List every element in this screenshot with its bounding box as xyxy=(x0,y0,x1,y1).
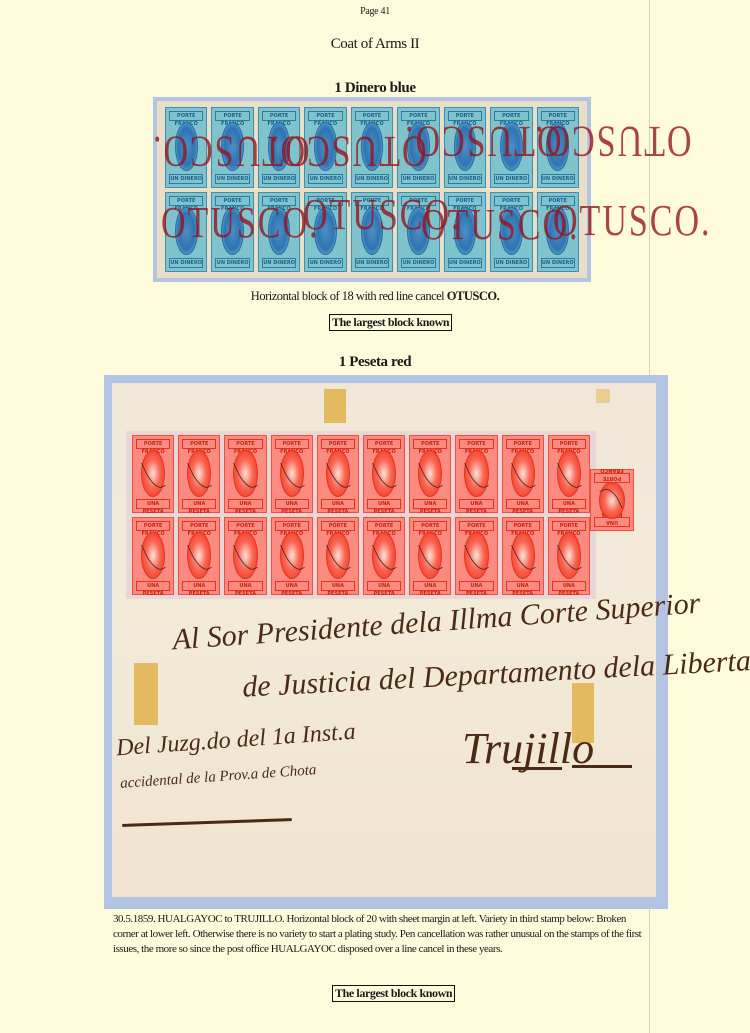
stamp-header: PORTE FRANCO xyxy=(215,196,249,206)
stamp-header: PORTE FRANCO xyxy=(275,521,309,531)
peseta-stamp: PORTE FRANCOUNA PESETA xyxy=(363,517,405,595)
stamp-header: PORTE FRANCO xyxy=(215,111,249,121)
peseta-stamp: PORTE FRANCOUNA PESETA xyxy=(178,517,220,595)
stamp-footer: UN DINERO xyxy=(169,258,203,268)
dinero-stamp: PORTE FRANCOUN DINERO xyxy=(165,107,207,188)
stamp-footer: UNA PESETA xyxy=(459,499,493,509)
stamp-header: PORTE FRANCO xyxy=(541,196,575,206)
coat-of-arms-icon xyxy=(454,207,477,256)
stamp-header: PORTE FRANCO xyxy=(136,521,170,531)
stamp-footer: UNA PESETA xyxy=(413,581,447,591)
stamp-footer: UN DINERO xyxy=(448,258,482,268)
stamp-footer: UN DINERO xyxy=(494,258,528,268)
stamp-footer: UNA PESETA xyxy=(506,499,540,509)
stamp-header: PORTE FRANCO xyxy=(413,521,447,531)
stamp-footer: UNA PESETA xyxy=(321,499,355,509)
peseta-stamp: PORTE FRANCOUNA PESETA xyxy=(548,517,590,595)
section-heading-dinero: 1 Dinero blue xyxy=(250,80,500,97)
coat-of-arms-icon xyxy=(546,207,569,256)
peseta-stamp: PORTE FRANCOUNA PESETA xyxy=(132,517,174,595)
peseta-stamp: PORTE FRANCOUNA PESETA xyxy=(455,435,497,513)
stamp-header: PORTE FRANCO xyxy=(448,196,482,206)
stamp-header: PORTE FRANCO xyxy=(367,521,401,531)
stamp-header: PORTE FRANCO xyxy=(308,196,342,206)
stamp-footer: UNA PESETA xyxy=(182,581,216,591)
peseta-stamp: PORTE FRANCOUNA PESETA xyxy=(409,517,451,595)
coat-of-arms-icon xyxy=(407,207,430,256)
stamp-footer: UNA PESETA xyxy=(459,581,493,591)
stamp-header: PORTE FRANCO xyxy=(541,111,575,121)
sender-line-2: accidental de la Prov.a de Chota xyxy=(120,762,317,793)
peseta-stamp: PORTE FRANCOUNA PESETA xyxy=(224,435,266,513)
caption-text: Horizontal block of 18 with red line can… xyxy=(251,289,447,303)
stamp-footer: UNA PESETA xyxy=(136,581,170,591)
dinero-stamp: PORTE FRANCOUN DINERO xyxy=(397,192,439,273)
coat-of-arms-icon xyxy=(221,207,244,256)
stamp-footer: UN DINERO xyxy=(262,174,296,184)
stamp-header: PORTE FRANCO xyxy=(459,521,493,531)
peseta-stamp: PORTE FRANCOUNA PESETA xyxy=(502,435,544,513)
stamp-header: PORTE FRANCO xyxy=(321,439,355,449)
section-heading-peseta: 1 Peseta red xyxy=(250,354,500,371)
stamp-footer: UNA PESETA xyxy=(136,499,170,509)
stamp-footer: UNA PESETA xyxy=(413,499,447,509)
stamp-footer: UN DINERO xyxy=(401,258,435,268)
stamp-header: PORTE FRANCO xyxy=(367,439,401,449)
stamp-footer: UNA PESETA xyxy=(367,499,401,509)
stamp-header: PORTE FRANCO xyxy=(182,521,216,531)
peseta-stamp: PORTE FRANCOUNA PESETA xyxy=(178,435,220,513)
dinero-stamp: PORTE FRANCOUN DINERO xyxy=(537,192,579,273)
peseta-stamp: PORTE FRANCOUNA PESETA xyxy=(548,435,590,513)
stamp-header: PORTE FRANCO xyxy=(448,111,482,121)
peseta-stamp: PORTE FRANCOUNA PESETA xyxy=(363,435,405,513)
coat-of-arms-icon xyxy=(500,122,523,171)
peseta-stamp: PORTE FRANCOUNA PESETA xyxy=(271,517,313,595)
stamp-footer: UN DINERO xyxy=(355,258,389,268)
stamp-header: PORTE FRANCO xyxy=(413,439,447,449)
coat-of-arms-icon xyxy=(314,207,337,256)
stamp-header: PORTE FRANCO xyxy=(169,111,203,121)
stamp-header: PORTE FRANCO xyxy=(494,196,528,206)
stamp-footer: UN DINERO xyxy=(308,258,342,268)
peseta-stamp: PORTE FRANCOUNA PESETA xyxy=(317,435,359,513)
coat-of-arms-icon xyxy=(268,122,291,171)
stamp-header: PORTE FRANCO xyxy=(506,521,540,531)
page-number: Page 41 xyxy=(300,6,450,17)
stamp-footer: UNA PESETA xyxy=(228,581,262,591)
stamp-footer: UN DINERO xyxy=(448,174,482,184)
stamp-header: PORTE FRANCO xyxy=(552,521,586,531)
stamp-footer: UN DINERO xyxy=(262,258,296,268)
peseta-stamp: PORTE FRANCOUNA PESETA xyxy=(317,517,359,595)
flourish-line xyxy=(572,765,632,768)
stamp-footer: UNA PESETA xyxy=(182,499,216,509)
stamp-header: PORTE FRANCO xyxy=(321,521,355,531)
stamp-footer: UN DINERO xyxy=(308,174,342,184)
stamp-footer: UNA PESETA xyxy=(552,581,586,591)
peseta-stamp: PORTE FRANCOUNA PESETA xyxy=(271,435,313,513)
dinero-stamp: PORTE FRANCOUN DINERO xyxy=(304,192,346,273)
dinero-stamp: PORTE FRANCOUN DINERO xyxy=(490,192,532,273)
dinero-stamp: PORTE FRANCOUN DINERO xyxy=(304,107,346,188)
coat-of-arms-icon xyxy=(361,207,384,256)
dinero-stamp: PORTE FRANCOUN DINERO xyxy=(351,192,393,273)
stamp-header: PORTE FRANCO xyxy=(262,111,296,121)
stamp-footer: UN DINERO xyxy=(355,174,389,184)
largest-block-badge: The largest block known xyxy=(329,314,452,331)
coat-of-arms-icon xyxy=(361,122,384,171)
dinero-stamp: PORTE FRANCOUN DINERO xyxy=(444,192,486,273)
stamp-footer: UNA PESETA xyxy=(552,499,586,509)
dinero-stamp: PORTE FRANCOUN DINERO xyxy=(211,192,253,273)
stamp-footer: UN DINERO xyxy=(215,174,249,184)
stamp-header: PORTE FRANCO xyxy=(182,439,216,449)
stamp-footer: UNA PESETA xyxy=(275,581,309,591)
stamp-footer: UNA PESETA xyxy=(321,581,355,591)
stamp-footer: UN DINERO xyxy=(541,258,575,268)
cover-description: 30.5.1859. HUALGAYOC to TRUJILLO. Horizo… xyxy=(113,912,653,957)
largest-block-badge: The largest block known xyxy=(332,985,455,1002)
dinero-stamp: PORTE FRANCOUN DINERO xyxy=(211,107,253,188)
coat-of-arms-icon xyxy=(546,122,569,171)
coat-of-arms-icon xyxy=(175,122,198,171)
stamp-footer: UN DINERO xyxy=(215,258,249,268)
stamp-header: PORTE FRANCO xyxy=(262,196,296,206)
dinero-stamp: PORTE FRANCOUN DINERO xyxy=(351,107,393,188)
coat-of-arms-icon xyxy=(175,207,198,256)
coat-of-arms-icon xyxy=(407,122,430,171)
stamp-footer: UN DINERO xyxy=(169,174,203,184)
stamp-footer: PORTE FRANCO xyxy=(594,473,630,483)
page-title: Coat of Arms II xyxy=(250,36,500,53)
dinero-stamp: PORTE FRANCOUN DINERO xyxy=(397,107,439,188)
sender-line-1: Del Juzg.do del 1a Inst.a xyxy=(115,719,356,763)
stamp-header: PORTE FRANCO xyxy=(494,111,528,121)
cover-letter: PORTE FRANCOUNA PESETAPORTE FRANCOUNA PE… xyxy=(112,383,656,897)
flourish-line xyxy=(512,767,562,770)
dinero-block-image: PORTE FRANCOUN DINEROPORTE FRANCOUN DINE… xyxy=(153,97,591,282)
coat-of-arms-icon xyxy=(500,207,523,256)
stamp-footer: UN DINERO xyxy=(494,174,528,184)
stamp-header: PORTE FRANCO xyxy=(308,111,342,121)
stamp-footer: UN DINERO xyxy=(401,174,435,184)
stamp-header: PORTE FRANCO xyxy=(136,439,170,449)
hinge-tape xyxy=(324,389,346,423)
stamp-header: PORTE FRANCO xyxy=(355,111,389,121)
hinge-tape xyxy=(134,663,158,725)
peseta-stamp-grid: PORTE FRANCOUNA PESETAPORTE FRANCOUNA PE… xyxy=(126,431,596,599)
stamp-footer: UNA PESETA xyxy=(275,499,309,509)
peseta-stamp-single: UNA PESETA PORTE FRANCO xyxy=(590,469,634,531)
stamp-header: PORTE FRANCO xyxy=(401,196,435,206)
dinero-stamp: PORTE FRANCOUN DINERO xyxy=(165,192,207,273)
hinge-tape xyxy=(596,389,610,403)
stamp-header: PORTE FRANCO xyxy=(228,521,262,531)
hinge-tape xyxy=(572,683,594,743)
peseta-stamp: PORTE FRANCOUNA PESETA xyxy=(224,517,266,595)
stamp-header: PORTE FRANCO xyxy=(506,439,540,449)
peseta-stamp: PORTE FRANCOUNA PESETA xyxy=(409,435,451,513)
stamp-header: PORTE FRANCO xyxy=(275,439,309,449)
dinero-stamp: PORTE FRANCOUN DINERO xyxy=(537,107,579,188)
coat-of-arms-icon xyxy=(221,122,244,171)
stamp-header: PORTE FRANCO xyxy=(401,111,435,121)
stamp-header: PORTE FRANCO xyxy=(552,439,586,449)
coat-of-arms-icon xyxy=(268,207,291,256)
stamp-footer: UNA PESETA xyxy=(367,581,401,591)
stamp-footer: UNA PESETA xyxy=(228,499,262,509)
dinero-stamp: PORTE FRANCOUN DINERO xyxy=(258,192,300,273)
stamp-footer: UN DINERO xyxy=(541,174,575,184)
caption-cancel-name: OTUSCO. xyxy=(447,289,499,303)
stamp-header: PORTE FRANCO xyxy=(355,196,389,206)
dinero-stamp: PORTE FRANCOUN DINERO xyxy=(490,107,532,188)
coat-of-arms-icon xyxy=(314,122,337,171)
address-line-2: de Justicia del Departamento dela Libert… xyxy=(241,643,750,704)
dinero-stamp-grid: PORTE FRANCOUN DINEROPORTE FRANCOUN DINE… xyxy=(157,101,587,278)
peseta-cover-image: PORTE FRANCOUNA PESETAPORTE FRANCOUNA PE… xyxy=(104,375,668,909)
coat-of-arms-icon xyxy=(454,122,477,171)
dinero-stamp: PORTE FRANCOUN DINERO xyxy=(258,107,300,188)
flourish-line xyxy=(122,818,292,827)
dinero-caption: Horizontal block of 18 with red line can… xyxy=(230,289,520,304)
peseta-stamp: PORTE FRANCOUNA PESETA xyxy=(455,517,497,595)
peseta-stamp: PORTE FRANCOUNA PESETA xyxy=(132,435,174,513)
stamp-header: PORTE FRANCO xyxy=(228,439,262,449)
dinero-stamp: PORTE FRANCOUN DINERO xyxy=(444,107,486,188)
stamp-header: PORTE FRANCO xyxy=(459,439,493,449)
peseta-stamp: PORTE FRANCOUNA PESETA xyxy=(502,517,544,595)
stamp-header: PORTE FRANCO xyxy=(169,196,203,206)
stamp-footer: UNA PESETA xyxy=(506,581,540,591)
